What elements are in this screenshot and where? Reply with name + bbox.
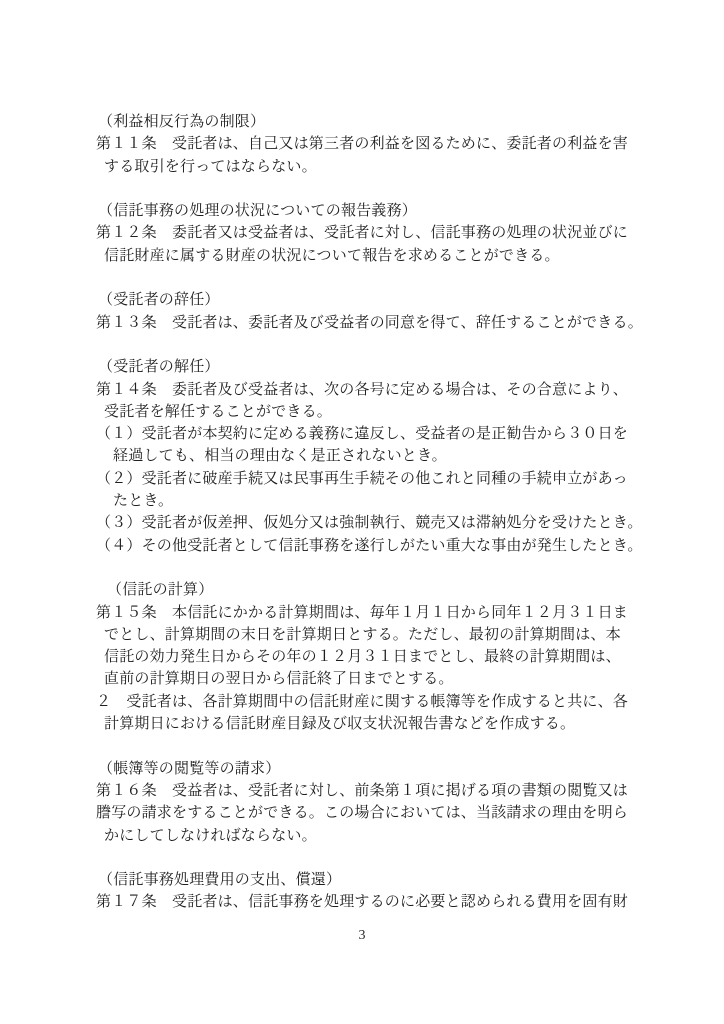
document-line: 第１３条 受託者は、委託者及び受益者の同意を得て、辞任することができる。: [96, 312, 641, 334]
page-number: 3: [0, 926, 724, 946]
document-line: 計算期日における信託財産目録及び収支状況報告書などを作成する。: [96, 713, 641, 735]
blank-line: [96, 334, 641, 356]
document-line: 第１２条 委託者又は受益者は、受託者に対し、信託事務の処理の状況並びに: [96, 222, 641, 244]
document-line: 経過しても、相当の理由なく是正されないとき。: [96, 445, 641, 467]
article-heading: （受託者の解任）: [96, 356, 641, 378]
document-line: （２）受託者に破産手続又は民事再生手続その他これと同種の手続申立があっ: [96, 468, 641, 490]
article-heading: （信託の計算）: [96, 579, 641, 601]
document-line: （３）受託者が仮差押、仮処分又は強制執行、競売又は滞納処分を受けたとき。: [96, 512, 641, 534]
document-page: （利益相反行為の制限）第１１条 受託者は、自己又は第三者の利益を図るために、委託…: [0, 0, 724, 1024]
document-line: する取引を行ってはならない。: [96, 156, 641, 178]
blank-line: [96, 735, 641, 757]
document-line: 信託の効力発生日からその年の１２月３１日までとし、最終の計算期間は、: [96, 646, 641, 668]
document-line: 第１６条 受益者は、受託者に対し、前条第１項に掲げる項の書類の閲覧又は: [96, 780, 641, 802]
document-line: 第１７条 受託者は、信託事務を処理するのに必要と認められる費用を固有財: [96, 891, 641, 913]
blank-line: [96, 267, 641, 289]
document-line: たとき。: [96, 490, 641, 512]
document-line: 第１１条 受託者は、自己又は第三者の利益を図るために、委託者の利益を害: [96, 133, 641, 155]
article-heading: （信託事務処理費用の支出、償還）: [96, 869, 641, 891]
document-line: ２ 受託者は、各計算期間中の信託財産に関する帳簿等を作成すると共に、各: [96, 691, 641, 713]
blank-line: [96, 847, 641, 869]
article-heading: （受託者の辞任）: [96, 289, 641, 311]
blank-line: [96, 557, 641, 579]
article-heading: （利益相反行為の制限）: [96, 111, 641, 133]
document-line: 直前の計算期日の翌日から信託終了日までとする。: [96, 668, 641, 690]
blank-line: [96, 178, 641, 200]
document-line: 謄写の請求をすることができる。この場合においては、当該請求の理由を明ら: [96, 802, 641, 824]
article-heading: （信託事務の処理の状況についての報告義務）: [96, 200, 641, 222]
document-line: （４）その他受託者として信託事務を遂行しがたい重大な事由が発生したとき。: [96, 535, 641, 557]
document-body: （利益相反行為の制限）第１１条 受託者は、自己又は第三者の利益を図るために、委託…: [96, 111, 641, 914]
document-line: 第１４条 委託者及び受益者は、次の各号に定める場合は、その合意により、: [96, 379, 641, 401]
document-line: 第１５条 本信託にかかる計算期間は、毎年１月１日から同年１２月３１日ま: [96, 602, 641, 624]
document-line: （１）受託者が本契約に定める義務に違反し、受益者の是正勧告から３０日を: [96, 423, 641, 445]
document-line: 信託財産に属する財産の状況について報告を求めることができる。: [96, 245, 641, 267]
document-line: 受託者を解任することができる。: [96, 401, 641, 423]
document-line: でとし、計算期間の末日を計算期日とする。ただし、最初の計算期間は、本: [96, 624, 641, 646]
document-line: かにしてしなければならない。: [96, 825, 641, 847]
article-heading: （帳簿等の閲覧等の請求）: [96, 758, 641, 780]
